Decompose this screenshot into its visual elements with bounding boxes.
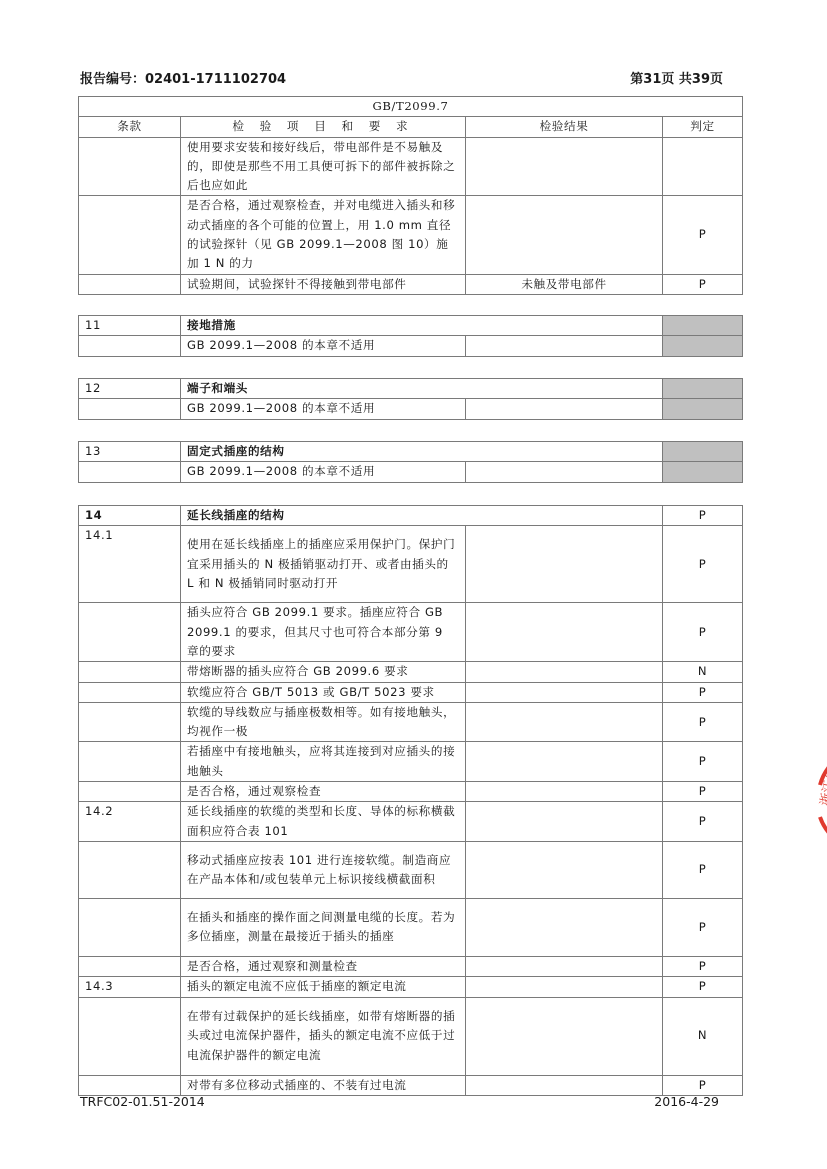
- requirement-cell: GB 2099.1—2008 的本章不适用: [181, 399, 466, 419]
- table-row: 插头应符合 GB 2099.1 要求。插座应符合 GB 2099.1 的要求，但…: [79, 603, 743, 662]
- result-cell: [466, 742, 663, 782]
- result-cell: [466, 802, 663, 842]
- clause-cell: [79, 898, 181, 956]
- table-row: 软缆的导线数应与插座极数相等。如有接地触头，均视作一极 P: [79, 702, 743, 742]
- requirement-cell: 是否合格，通过观察检查: [181, 782, 466, 802]
- form-number: TRFC02-01.51-2014: [80, 1094, 205, 1109]
- table-row: 使用要求安装和接好线后，带电部件是不易触及的，即使是那些不用工具便可拆下的部件被…: [79, 137, 743, 196]
- svg-text:浙江公: 浙江公: [817, 766, 827, 807]
- standard-title: GB/T2099.7: [79, 97, 743, 117]
- verdict-cell: P: [663, 603, 743, 662]
- section-title: 端子和端头: [181, 379, 663, 399]
- verdict-cell: N: [663, 997, 743, 1075]
- requirement-cell: 使用在延长线插座上的插座应采用保护门。保护门宜采用插头的 N 极插销驱动打开、或…: [181, 526, 466, 603]
- requirement-cell: 带熔断器的插头应符合 GB 2099.6 要求: [181, 662, 466, 682]
- clause-cell: [79, 336, 181, 356]
- clause-cell: [79, 462, 181, 482]
- result-cell: [466, 399, 663, 419]
- result-cell: [466, 137, 663, 196]
- section-clause: 13: [79, 442, 181, 462]
- footer-date: 2016-4-29: [654, 1094, 719, 1109]
- section-title: 接地措施: [181, 316, 663, 336]
- requirement-cell: 试验期间，试验探针不得接触到带电部件: [181, 274, 466, 294]
- result-cell: [466, 898, 663, 956]
- table-row: GB 2099.1—2008 的本章不适用: [79, 399, 743, 419]
- section-clause: 14: [79, 506, 181, 526]
- verdict-cell: P: [663, 682, 743, 702]
- verdict-cell: [663, 442, 743, 462]
- table-row: 移动式插座应按表 101 进行连接软缆。制造商应在产品本体和/或包装单元上标识接…: [79, 841, 743, 898]
- result-cell: [466, 196, 663, 274]
- clause-cell: [79, 603, 181, 662]
- result-cell: [466, 782, 663, 802]
- verdict-cell: [663, 462, 743, 482]
- table-row: 试验期间，试验探针不得接触到带电部件 未触及带电部件 P: [79, 274, 743, 294]
- table-row: 是否合格，通过观察检查，并对电缆进入插头和移动式插座的各个可能的位置上，用 1.…: [79, 196, 743, 274]
- verdict-cell: P: [663, 802, 743, 842]
- col-header-verdict: 判定: [663, 117, 743, 137]
- verdict-cell: P: [663, 506, 743, 526]
- page-info: 第31页 共39页: [630, 68, 723, 87]
- clause-cell: [79, 782, 181, 802]
- requirement-cell: 软缆的导线数应与插座极数相等。如有接地触头，均视作一极: [181, 702, 466, 742]
- requirement-cell: 在插头和插座的操作面之间测量电缆的长度。若为多位插座，测量在最接近于插头的插座: [181, 898, 466, 956]
- requirement-cell: 延长线插座的软缆的类型和长度、导体的标称横截面积应符合表 101: [181, 802, 466, 842]
- verdict-cell: [663, 379, 743, 399]
- seal-stamp-icon: 浙江公: [806, 745, 827, 855]
- requirement-cell: 移动式插座应按表 101 进行连接软缆。制造商应在产品本体和/或包装单元上标识接…: [181, 841, 466, 898]
- result-cell: [466, 526, 663, 603]
- verdict-cell: [663, 399, 743, 419]
- clause-cell: [79, 662, 181, 682]
- requirement-cell: GB 2099.1—2008 的本章不适用: [181, 462, 466, 482]
- section-title: 延长线插座的结构: [181, 506, 663, 526]
- section-title: 固定式插座的结构: [181, 442, 663, 462]
- table-row: GB 2099.1—2008 的本章不适用: [79, 462, 743, 482]
- table-row: 软缆应符合 GB/T 5013 或 GB/T 5023 要求 P: [79, 682, 743, 702]
- verdict-cell: P: [663, 526, 743, 603]
- result-cell: [466, 956, 663, 976]
- result-cell: [466, 841, 663, 898]
- col-header-result: 检验结果: [466, 117, 663, 137]
- verdict-cell: P: [663, 1075, 743, 1095]
- clause-cell: [79, 682, 181, 702]
- verdict-cell: P: [663, 977, 743, 997]
- verdict-cell: P: [663, 274, 743, 294]
- report-number: 报告编号：02401-1711102704: [80, 68, 286, 87]
- table-row: 14.1 使用在延长线插座上的插座应采用保护门。保护门宜采用插头的 N 极插销驱…: [79, 526, 743, 603]
- table-row: 是否合格，通过观察和测量检查 P: [79, 956, 743, 976]
- clause-cell: [79, 841, 181, 898]
- requirement-cell: GB 2099.1—2008 的本章不适用: [181, 336, 466, 356]
- clause-cell: [79, 742, 181, 782]
- table-row: 14.2 延长线插座的软缆的类型和长度、导体的标称横截面积应符合表 101 P: [79, 802, 743, 842]
- result-cell: [466, 603, 663, 662]
- result-cell: [466, 997, 663, 1075]
- result-cell: [466, 462, 663, 482]
- section-clause: 12: [79, 379, 181, 399]
- verdict-cell: P: [663, 898, 743, 956]
- requirement-cell: 若插座中有接地触头，应将其连接到对应插头的接地触头: [181, 742, 466, 782]
- result-cell: [466, 662, 663, 682]
- verdict-cell: P: [663, 702, 743, 742]
- section-clause: 11: [79, 316, 181, 336]
- requirement-cell: 在带有过载保护的延长线插座，如带有熔断器的插头或过电流保护器件，插头的额定电流不…: [181, 997, 466, 1075]
- clause-cell: [79, 956, 181, 976]
- verdict-cell: [663, 336, 743, 356]
- table-row: GB 2099.1—2008 的本章不适用: [79, 336, 743, 356]
- result-cell: [466, 682, 663, 702]
- table-row: 是否合格，通过观察检查 P: [79, 782, 743, 802]
- requirement-cell: 插头应符合 GB 2099.1 要求。插座应符合 GB 2099.1 的要求，但…: [181, 603, 466, 662]
- table-row: 带熔断器的插头应符合 GB 2099.6 要求 N: [79, 662, 743, 682]
- section-11-table: 11 接地措施 GB 2099.1—2008 的本章不适用: [78, 315, 743, 357]
- result-cell: [466, 977, 663, 997]
- col-header-clause: 条款: [79, 117, 181, 137]
- clause-cell: 14.2: [79, 802, 181, 842]
- verdict-cell: P: [663, 196, 743, 274]
- result-cell: [466, 1075, 663, 1095]
- clause-cell: [79, 274, 181, 294]
- requirement-cell: 插头的额定电流不应低于插座的额定电流: [181, 977, 466, 997]
- section-13-table: 13 固定式插座的结构 GB 2099.1—2008 的本章不适用: [78, 441, 743, 483]
- verdict-cell: P: [663, 742, 743, 782]
- result-cell: 未触及带电部件: [466, 274, 663, 294]
- verdict-cell: N: [663, 662, 743, 682]
- verdict-cell: [663, 137, 743, 196]
- section-12-table: 12 端子和端头 GB 2099.1—2008 的本章不适用: [78, 378, 743, 420]
- verdict-cell: P: [663, 782, 743, 802]
- clause-cell: [79, 702, 181, 742]
- main-table: GB/T2099.7 条款 检 验 项 目 和 要 求 检验结果 判定 使用要求…: [78, 96, 743, 295]
- table-row: 14.3 插头的额定电流不应低于插座的额定电流 P: [79, 977, 743, 997]
- clause-cell: [79, 997, 181, 1075]
- table-row: 对带有多位移动式插座的、不装有过电流 P: [79, 1075, 743, 1095]
- table-row: 在插头和插座的操作面之间测量电缆的长度。若为多位插座，测量在最接近于插头的插座 …: [79, 898, 743, 956]
- clause-cell: 14.3: [79, 977, 181, 997]
- col-header-requirement: 检 验 项 目 和 要 求: [181, 117, 466, 137]
- table-row: 在带有过载保护的延长线插座，如带有熔断器的插头或过电流保护器件，插头的额定电流不…: [79, 997, 743, 1075]
- table-row: 若插座中有接地触头，应将其连接到对应插头的接地触头 P: [79, 742, 743, 782]
- verdict-cell: P: [663, 956, 743, 976]
- clause-cell: [79, 137, 181, 196]
- requirement-cell: 软缆应符合 GB/T 5013 或 GB/T 5023 要求: [181, 682, 466, 702]
- verdict-cell: P: [663, 841, 743, 898]
- clause-cell: [79, 1075, 181, 1095]
- section-14-table: 14 延长线插座的结构 P 14.1 使用在延长线插座上的插座应采用保护门。保护…: [78, 505, 743, 1096]
- clause-cell: [79, 399, 181, 419]
- requirement-cell: 是否合格，通过观察检查，并对电缆进入插头和移动式插座的各个可能的位置上，用 1.…: [181, 196, 466, 274]
- requirement-cell: 对带有多位移动式插座的、不装有过电流: [181, 1075, 466, 1095]
- result-cell: [466, 702, 663, 742]
- clause-cell: 14.1: [79, 526, 181, 603]
- verdict-cell: [663, 316, 743, 336]
- clause-cell: [79, 196, 181, 274]
- result-cell: [466, 336, 663, 356]
- requirement-cell: 使用要求安装和接好线后，带电部件是不易触及的，即使是那些不用工具便可拆下的部件被…: [181, 137, 466, 196]
- requirement-cell: 是否合格，通过观察和测量检查: [181, 956, 466, 976]
